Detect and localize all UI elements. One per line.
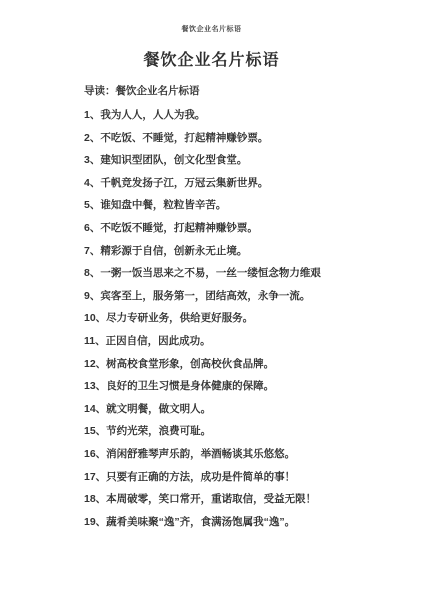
list-item: 3、建知识型团队，创文化型食堂。 [84, 149, 387, 172]
list-item: 4、千帆竞发扬子江，万冠云集新世界。 [84, 172, 387, 195]
list-item: 19、蔬肴美味聚“逸”齐，食满汤饱属我“逸”。 [84, 511, 387, 534]
list-item: 8、一粥一饭当思来之不易，一丝一缕恒念物力维艰 [84, 262, 387, 285]
list-item: 14、就文明餐，做文明人。 [84, 398, 387, 421]
running-header: 餐饮企业名片标语 [0, 26, 423, 34]
slogan-list: 1、我为人人，人人为我。 2、不吃饭、不睡觉，打起精神赚钞票。 3、建知识型团队… [84, 104, 387, 533]
list-item: 9、宾客至上，服务第一，团结高效，永争一流。 [84, 285, 387, 308]
list-item: 12、树高校食堂形象，创高校伙食品牌。 [84, 353, 387, 376]
list-item: 13、良好的卫生习惯是身体健康的保障。 [84, 375, 387, 398]
list-item: 5、谁知盘中餐，粒粒皆辛苦。 [84, 194, 387, 217]
list-item: 15、节约光荣，浪费可耻。 [84, 420, 387, 443]
list-item: 2、不吃饭、不睡觉，打起精神赚钞票。 [84, 127, 387, 150]
list-item: 1、我为人人，人人为我。 [84, 104, 387, 127]
list-item: 18、本周破零，笑口常开，重诺取信，受益无限！ [84, 488, 387, 511]
document-body: 导读：餐饮企业名片标语 1、我为人人，人人为我。 2、不吃饭、不睡觉，打起精神赚… [84, 84, 387, 533]
list-item: 16、消闲舒雅琴声乐韵，举酒畅谈其乐悠悠。 [84, 443, 387, 466]
page-title: 餐饮企业名片标语 [0, 51, 423, 71]
list-item: 10、尽力专研业务，供给更好服务。 [84, 307, 387, 330]
lead-line: 导读：餐饮企业名片标语 [84, 84, 387, 98]
list-item: 17、只要有正确的方法，成功是件简单的事！ [84, 466, 387, 489]
list-item: 7、精彩源于自信，创新永无止境。 [84, 240, 387, 263]
list-item: 11、正因自信，因此成功。 [84, 330, 387, 353]
document-page: 餐饮企业名片标语 餐饮企业名片标语 导读：餐饮企业名片标语 1、我为人人，人人为… [0, 0, 423, 600]
list-item: 6、不吃饭不睡觉，打起精神赚钞票。 [84, 217, 387, 240]
